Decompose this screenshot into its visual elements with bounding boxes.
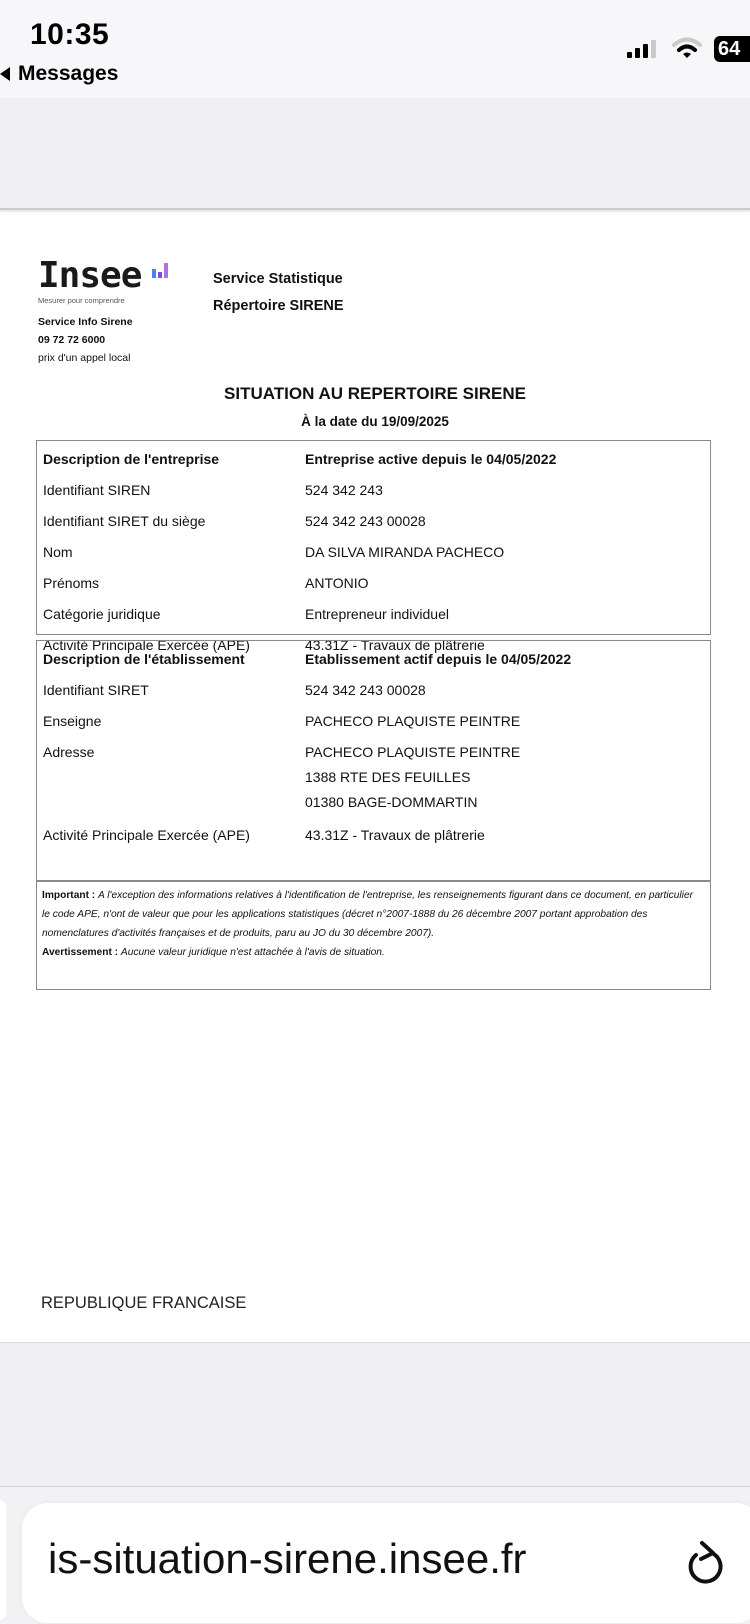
entreprise-section: Description de l'entreprise Entreprise a… <box>36 440 711 635</box>
service-header: Service Statistique Répertoire SIRENE <box>213 266 344 320</box>
service-line-1: Service Statistique <box>213 266 344 293</box>
notice-text: Important : A l'exception des informatio… <box>42 886 702 962</box>
viewer-bottom-margin <box>0 1342 750 1492</box>
url-text[interactable]: is-situation-sirene.insee.fr <box>48 1535 527 1583</box>
contact-service: Service Info Sirene <box>38 313 141 331</box>
contact-note: prix d'un appel local <box>38 349 141 367</box>
address-bar[interactable]: is-situation-sirene.insee.fr <box>22 1503 750 1623</box>
etablissement-section: Description de l'établissement Etablisse… <box>36 640 711 882</box>
important-text: A l'exception des informations relatives… <box>42 890 693 939</box>
document-title: SITUATION AU REPERTOIRE SIRENE <box>0 384 750 404</box>
cellular-signal-icon <box>627 40 656 58</box>
warning-text: Aucune valeur juridique n'est attachée à… <box>121 947 385 958</box>
clock: 10:35 <box>30 18 109 52</box>
important-label: Important : <box>42 890 95 901</box>
viewer-top-margin <box>0 98 750 210</box>
service-line-2: Répertoire SIRENE <box>213 293 344 320</box>
browser-toolbar: is-situation-sirene.insee.fr <box>0 1486 750 1624</box>
previous-tab-edge[interactable] <box>0 1500 6 1620</box>
back-label: Messages <box>18 62 118 86</box>
back-arrow-icon <box>0 67 10 81</box>
logo-wordmark: Insee <box>38 258 141 294</box>
reload-icon[interactable] <box>682 1539 726 1589</box>
insee-logo: Insee Mesurer pour comprendre Service In… <box>38 258 141 367</box>
wifi-icon <box>672 36 702 60</box>
document-date: À la date du 19/09/2025 <box>0 414 750 429</box>
logo-bars-icon <box>152 262 168 278</box>
warning-label: Avertissement : <box>42 947 118 958</box>
status-bar: 10:35 Messages 64 <box>0 0 750 98</box>
document-footer: REPUBLIQUE FRANCAISE <box>41 1294 246 1313</box>
battery-indicator: 64 <box>714 36 750 62</box>
document-page: Insee Mesurer pour comprendre Service In… <box>0 212 750 1342</box>
logo-tagline: Mesurer pour comprendre <box>38 296 141 305</box>
legal-notice: Important : A l'exception des informatio… <box>36 880 711 990</box>
back-to-messages-button[interactable]: Messages <box>0 62 118 86</box>
contact-phone: 09 72 72 6000 <box>38 331 141 349</box>
